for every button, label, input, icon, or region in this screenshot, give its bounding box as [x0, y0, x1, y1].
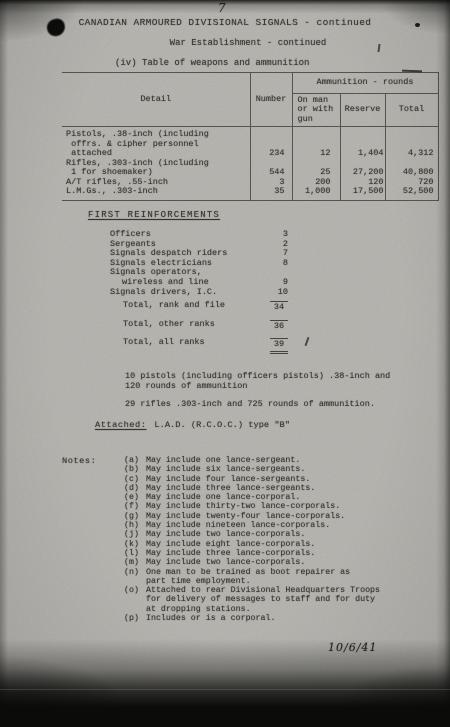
rifles-ammunition-paragraph: 29 rifles .303-inch and 725 rounds of am… — [125, 400, 375, 410]
handwritten-page-number: 7 — [218, 1, 226, 15]
cell-total: 52,500 — [385, 187, 438, 200]
cell-total: 40,800 — [385, 159, 438, 178]
cell-number: 3 — [250, 178, 292, 188]
note-letter: (j) — [124, 530, 146, 539]
cell-total: 4,312 — [385, 127, 438, 159]
note-item: (f) May include thirty-two lance-corpora… — [124, 502, 380, 511]
reinforcements-list: Officers 3 Sergeants 2 Signals despatch … — [110, 230, 288, 297]
note-item: (k) May include eight lance-corporals. — [124, 540, 380, 549]
note-item: (l) May include three lance-corporals. — [124, 549, 380, 558]
note-item: (g) May include twenty-four lance-corpor… — [124, 512, 380, 521]
note-text: May include one lance-sergeant. — [146, 456, 300, 465]
header-on-man: On man or with gun — [292, 94, 340, 127]
note-text: One man to be trained as boot repairer a… — [146, 568, 350, 587]
table-row: L.M.Gs., .303-inch 35 1,000 17,500 52,50… — [62, 187, 438, 200]
note-text: May include two lance-corporals. — [146, 530, 305, 539]
note-letter: (d) — [124, 484, 146, 493]
cell-reserve: 27,200 — [340, 159, 385, 178]
note-item: (o) Attached to rear Divisional Headquar… — [124, 586, 380, 614]
header-detail: Detail — [62, 73, 250, 127]
note-text: Attached to rear Divisional Headquarters… — [146, 586, 380, 614]
total-label: Total, other ranks — [123, 320, 215, 330]
header-total: Total — [385, 94, 438, 127]
cell-detail: L.M.Gs., .303-inch — [62, 187, 250, 200]
note-text: May include two lance-corporals. — [146, 558, 305, 567]
note-letter: (k) — [124, 540, 146, 549]
header-number: Number — [250, 73, 292, 127]
note-item: (a) May include one lance-sergeant. — [124, 456, 380, 465]
cell-on-man: 25 — [292, 159, 340, 178]
note-item: (n) One man to be trained as boot repair… — [124, 568, 380, 587]
table-row: Rifles, .303-inch (including 1 for shoem… — [62, 159, 438, 178]
note-text: May include three lance-corporals. — [146, 549, 315, 558]
pistols-ammunition-paragraph: 10 pistols (including officers pistols) … — [125, 372, 390, 392]
handwritten-date: 10/6/41 — [328, 641, 377, 654]
scan-scratch-line — [0, 689, 450, 690]
header-reserve: Reserve — [340, 94, 385, 127]
notes-list: (a) May include one lance-sergeant. (b) … — [124, 456, 380, 623]
note-text: May include six lance-sergeants. — [146, 465, 305, 474]
notes-heading: Notes: — [62, 456, 96, 466]
header-ammunition-group: Ammunition - rounds — [292, 73, 438, 94]
weapons-table: Detail Number Ammunition - rounds On man… — [62, 72, 439, 201]
document-subtitle: War Establishment - continued — [23, 38, 450, 48]
attached-text: L.A.D. (R.C.O.C.) type "B" — [154, 420, 290, 430]
cell-reserve: 17,500 — [340, 187, 385, 200]
note-letter: (a) — [124, 456, 146, 465]
note-text: May include eight lance-corporals. — [146, 540, 315, 549]
note-text: May include three lance-sergeants. — [146, 484, 315, 493]
note-text: May include nineteen lance-corporals. — [146, 521, 330, 530]
note-item: (b) May include six lance-sergeants. — [124, 465, 380, 474]
attached-line: Attached:L.A.D. (R.C.O.C.) type "B" — [95, 420, 290, 430]
note-letter: (n) — [124, 568, 146, 587]
item-value: 10 — [278, 288, 288, 298]
note-text: May include thirty-two lance-corporals. — [146, 502, 340, 511]
total-label: Total, all ranks — [123, 338, 205, 348]
note-letter: (o) — [124, 586, 146, 614]
table-row: Pistols, .38-inch (including offrs. & ci… — [62, 127, 438, 159]
note-letter: (g) — [124, 512, 146, 521]
note-item: (m) May include two lance-corporals. — [124, 558, 380, 567]
cell-detail: Rifles, .303-inch (including 1 for shoem… — [62, 159, 250, 178]
section-heading: (iv) Table of weapons and ammunition — [115, 58, 309, 68]
cell-number: 544 — [250, 159, 292, 178]
document-title: CANADIAN ARMOURED DIVISIONAL SIGNALS - c… — [0, 17, 450, 28]
ink-speck — [415, 23, 420, 27]
total-value: 34 — [270, 301, 288, 313]
note-text: May include twenty-four lance-corporals. — [146, 512, 345, 521]
total-row: Total, rank and file 34 — [123, 301, 288, 313]
note-item: (h) May include nineteen lance-corporals… — [124, 521, 380, 530]
note-letter: (l) — [124, 549, 146, 558]
cell-reserve: 1,404 — [340, 127, 385, 159]
note-item: (p) Includes or is a corporal. — [124, 614, 380, 623]
document-content: 7 CANADIAN ARMOURED DIVISIONAL SIGNALS -… — [0, 0, 450, 727]
note-item: (c) May include four lance-sergeants. — [124, 475, 380, 484]
note-item: (d) May include three lance-sergeants. — [124, 484, 380, 493]
list-item: Signals drivers, I.C. 10 — [110, 288, 288, 298]
table-header-row-1: Detail Number Ammunition - rounds — [62, 73, 438, 94]
note-letter: (h) — [124, 521, 146, 530]
total-row: Total, all ranks 39 — [123, 338, 288, 354]
weapons-ammunition-table: Detail Number Ammunition - rounds On man… — [62, 72, 439, 201]
item-label: Signals drivers, I.C. — [110, 288, 217, 298]
note-text: May include four lance-sergeants. — [146, 475, 310, 484]
total-value: 39 — [270, 338, 288, 354]
cell-number: 234 — [250, 127, 292, 159]
attached-label: Attached: — [95, 420, 146, 430]
item-value: 8 — [283, 259, 288, 269]
note-letter: (f) — [124, 502, 146, 511]
reinforcements-heading: FIRST REINFORCEMENTS — [88, 210, 220, 220]
cell-on-man: 1,000 — [292, 187, 340, 200]
total-row: Total, other ranks 36 — [123, 320, 288, 332]
cell-number: 35 — [250, 187, 292, 200]
cell-on-man: 12 — [292, 127, 340, 159]
note-letter: (c) — [124, 475, 146, 484]
note-letter: (m) — [124, 558, 146, 567]
note-item: (j) May include two lance-corporals. — [124, 530, 380, 539]
reinforcements-totals: Total, rank and file 34 Total, other ran… — [123, 301, 288, 361]
scanned-document-page: { "page": { "handwritten_page_number": "… — [0, 0, 450, 727]
note-letter: (p) — [124, 614, 146, 623]
note-text: Includes or is a corporal. — [146, 614, 275, 623]
total-label: Total, rank and file — [123, 301, 225, 311]
total-value: 36 — [270, 320, 288, 332]
note-letter: (b) — [124, 465, 146, 474]
cell-detail: Pistols, .38-inch (including offrs. & ci… — [62, 127, 250, 159]
